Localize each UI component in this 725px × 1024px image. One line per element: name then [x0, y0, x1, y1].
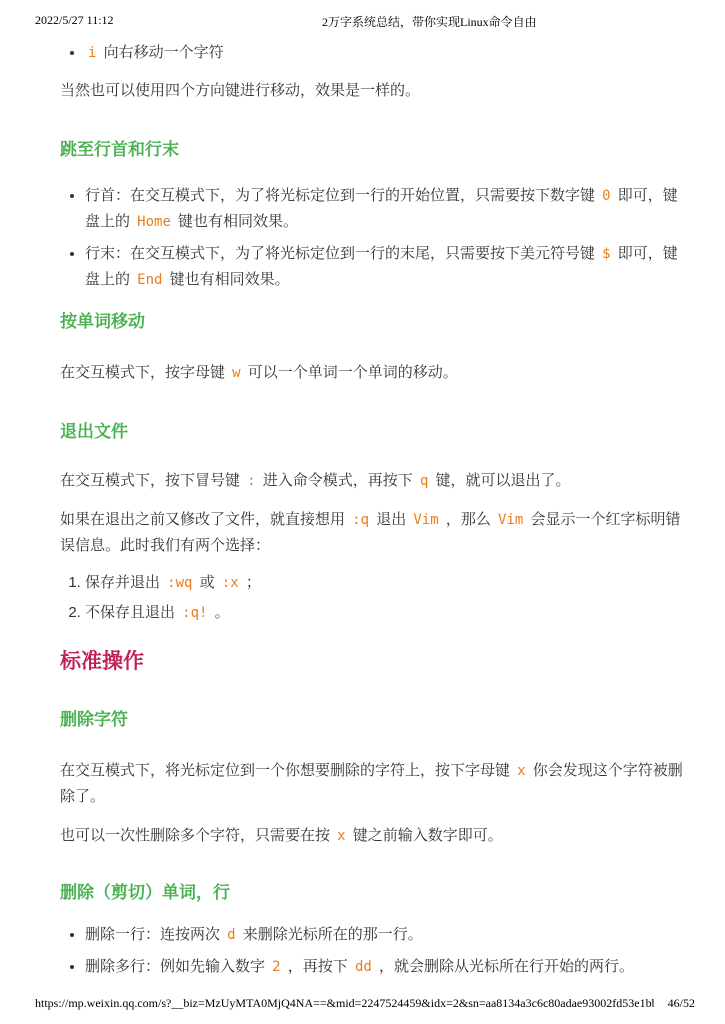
- text-run: 来删除光标所在的那一行。: [239, 926, 423, 943]
- list-item: 删除多行：例如先输入数字 2 ，再按下 dd ，就会删除从光标所在行开始的两行。: [85, 954, 692, 980]
- source-url: https://mp.weixin.qq.com/s?__biz=MzUyMTA…: [35, 996, 654, 1011]
- list-item: 行首：在交互模式下，为了将光标定位到一行的开始位置，只需要按下数字键 0 即可，…: [85, 183, 692, 235]
- heading-jump-line-start-end: 跳至行首和行末: [60, 138, 692, 162]
- text-run: 行末：在交互模式下，为了将光标定位到一行的末尾，只需要按下美元符号键: [85, 245, 599, 262]
- inline-code: :q: [349, 512, 372, 528]
- bullet-list-delete: 删除一行：连按两次 d 来删除光标所在的那一行。 删除多行：例如先输入数字 2 …: [60, 922, 692, 980]
- list-item: 不保存且退出 :q! 。: [85, 600, 692, 626]
- inline-code: Home: [134, 214, 174, 230]
- paragraph-delete-char-2: 也可以一次性删除多个字符，只需要在按 x 键之前输入数字即可。: [60, 823, 692, 849]
- paragraph-move-by-word: 在交互模式下，按字母键 w 可以一个单词一个单词的移动。: [60, 360, 692, 386]
- inline-code: :wq: [164, 575, 195, 591]
- paragraph-arrow-keys: 当然也可以使用四个方向键进行移动，效果是一样的。: [60, 78, 692, 104]
- heading-delete-char: 删除字符: [60, 708, 692, 732]
- text-run: 在交互模式下，按下冒号键: [60, 472, 244, 489]
- text-run: 键之前输入数字即可。: [349, 827, 503, 844]
- text-run: ，就会删除从光标所在行开始的两行。: [375, 958, 634, 975]
- article-content: i 向右移动一个字符 当然也可以使用四个方向键进行移动，效果是一样的。 跳至行首…: [60, 40, 692, 980]
- page-number: 46/52: [668, 996, 695, 1011]
- text-run: 删除一行：连按两次: [85, 926, 224, 943]
- print-datetime: 2022/5/27 11:12: [35, 13, 114, 28]
- text-run: 如果在退出之前又修改了文件，就直接想用: [60, 511, 349, 528]
- inline-code: :x: [219, 575, 242, 591]
- text-run: ，那么: [442, 511, 495, 528]
- text-run: 键也有相同效果。: [174, 213, 298, 230]
- document-title: 2万字系统总结，带你实现Linux命令自由: [322, 13, 537, 30]
- inline-code: 0: [599, 188, 613, 204]
- print-footer: https://mp.weixin.qq.com/s?__biz=MzUyMTA…: [35, 996, 695, 1011]
- paragraph-delete-char-1: 在交互模式下，将光标定位到一个你想要删除的字符上，按下字母键 x 你会发现这个字…: [60, 758, 692, 810]
- inline-code: Vim: [495, 512, 526, 528]
- inline-code: d: [224, 927, 238, 943]
- text-run: 向右移动一个字符: [99, 44, 223, 61]
- heading-quit-file: 退出文件: [60, 420, 692, 444]
- inline-code: :: [244, 473, 258, 489]
- ordered-list-quit-options: 保存并退出 :wq 或 :x ； 不保存且退出 :q! 。: [60, 570, 692, 626]
- print-header: 2022/5/27 11:12 2万字系统总结，带你实现Linux命令自由: [0, 13, 725, 29]
- text-run: 保存并退出: [85, 574, 164, 591]
- inline-code: w: [229, 365, 243, 381]
- inline-code: End: [134, 272, 165, 288]
- print-page: 2022/5/27 11:12 2万字系统总结，带你实现Linux命令自由 i …: [0, 0, 725, 1024]
- heading-delete-cut-word-line: 删除（剪切）单词，行: [60, 881, 692, 905]
- list-item: 行末：在交互模式下，为了将光标定位到一行的末尾，只需要按下美元符号键 $ 即可，…: [85, 241, 692, 293]
- text-run: 删除多行：例如先输入数字: [85, 958, 269, 975]
- text-run: 在交互模式下，将光标定位到一个你想要删除的字符上，按下字母键: [60, 762, 514, 779]
- inline-code: Vim: [410, 512, 441, 528]
- text-run: 或: [195, 574, 218, 591]
- text-run: ，再按下: [284, 958, 352, 975]
- text-run: 当然也可以使用四个方向键进行移动，效果是一样的。: [60, 82, 420, 99]
- text-run: 进入命令模式，再按下: [259, 472, 417, 489]
- text-run: 键，就可以退出了。: [431, 472, 570, 489]
- text-run: ；: [242, 574, 261, 591]
- inline-code: i: [85, 45, 99, 61]
- inline-code: x: [334, 828, 348, 844]
- text-run: 行首：在交互模式下，为了将光标定位到一行的开始位置，只需要按下数字键: [85, 187, 599, 204]
- heading-standard-operations: 标准操作: [60, 648, 692, 676]
- inline-code: q: [417, 473, 431, 489]
- bullet-list-move-right: i 向右移动一个字符: [60, 40, 692, 66]
- inline-code: x: [514, 763, 528, 779]
- bullet-list-jump: 行首：在交互模式下，为了将光标定位到一行的开始位置，只需要按下数字键 0 即可，…: [60, 183, 692, 293]
- list-item: i 向右移动一个字符: [85, 40, 692, 66]
- text-run: 也可以一次性删除多个字符，只需要在按: [60, 827, 334, 844]
- list-item: 删除一行：连按两次 d 来删除光标所在的那一行。: [85, 922, 692, 948]
- text-run: 键也有相同效果。: [165, 271, 289, 288]
- list-item: 保存并退出 :wq 或 :x ；: [85, 570, 692, 596]
- heading-move-by-word: 按单词移动: [60, 310, 692, 334]
- text-run: 可以一个单词一个单词的移动。: [244, 364, 458, 381]
- inline-code: 2: [269, 959, 283, 975]
- inline-code: dd: [352, 959, 375, 975]
- paragraph-quit-2: 如果在退出之前又修改了文件，就直接想用 :q 退出 Vim ，那么 Vim 会显…: [60, 507, 692, 559]
- text-run: 。: [210, 604, 229, 621]
- text-run: 退出: [372, 511, 410, 528]
- inline-code: $: [599, 246, 613, 262]
- text-run: 在交互模式下，按字母键: [60, 364, 229, 381]
- inline-code: :q!: [179, 605, 210, 621]
- text-run: 不保存且退出: [85, 604, 179, 621]
- paragraph-quit-1: 在交互模式下，按下冒号键 : 进入命令模式，再按下 q 键，就可以退出了。: [60, 468, 692, 494]
